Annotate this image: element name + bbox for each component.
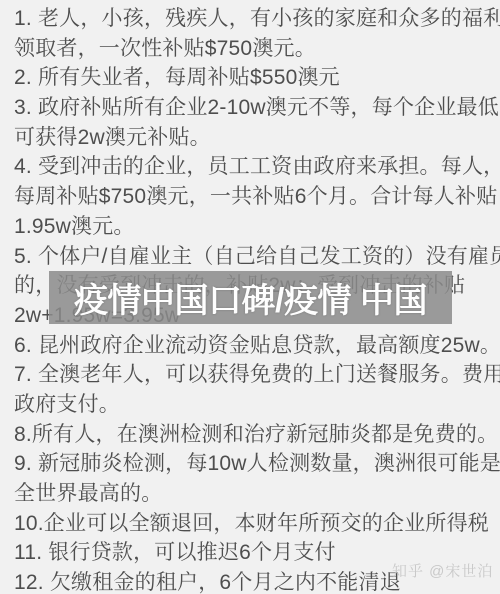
gray-watermark-band: 疫情中国口碑/疫情 中国 [49, 271, 452, 324]
text-line: 政府支付。 [14, 390, 494, 420]
text-line: 1.95w澳元。 [14, 212, 494, 242]
text-line: 领取者，一次性补贴$750澳元。 [14, 34, 494, 64]
text-line: 5. 个体户/自雇业主（自己给自己发工资的）没有雇员 [14, 242, 494, 272]
zhihu-author-watermark: 知乎 @宋世泊 [392, 560, 493, 581]
text-line: 2. 所有失业者，每周补贴$550澳元 [14, 63, 494, 93]
text-line: 可获得2w澳元补贴。 [14, 123, 494, 153]
text-line: 9. 新冠肺炎检测，每10w人检测数量，澳洲很可能是 [14, 449, 494, 479]
text-line: 8.所有人，在澳洲检测和治疗新冠肺炎都是免费的。 [14, 420, 494, 450]
text-line: 每周补贴$750澳元，一共补贴6个月。合计每人补贴 [14, 182, 494, 212]
text-line: 1. 老人，小孩，残疾人，有小孩的家庭和众多的福利 [14, 4, 494, 34]
text-line: 7. 全澳老年人，可以获得免费的上门送餐服务。费用 [14, 360, 494, 390]
text-line: 全世界最高的。 [14, 479, 494, 509]
text-line: 3. 政府补贴所有企业2-10w澳元不等，每个企业最低 [14, 93, 494, 123]
text-line: 4. 受到冲击的企业，员工工资由政府来承担。每人， [14, 152, 494, 182]
text-line: 10.企业可以全额退回，本财年所预交的企业所得税 [14, 509, 494, 539]
overlay-watermark-text: 疫情中国口碑/疫情 中国 [74, 273, 427, 322]
text-line: 6. 昆州政府企业流动资金贴息贷款，最高额度25w。 [14, 331, 494, 361]
